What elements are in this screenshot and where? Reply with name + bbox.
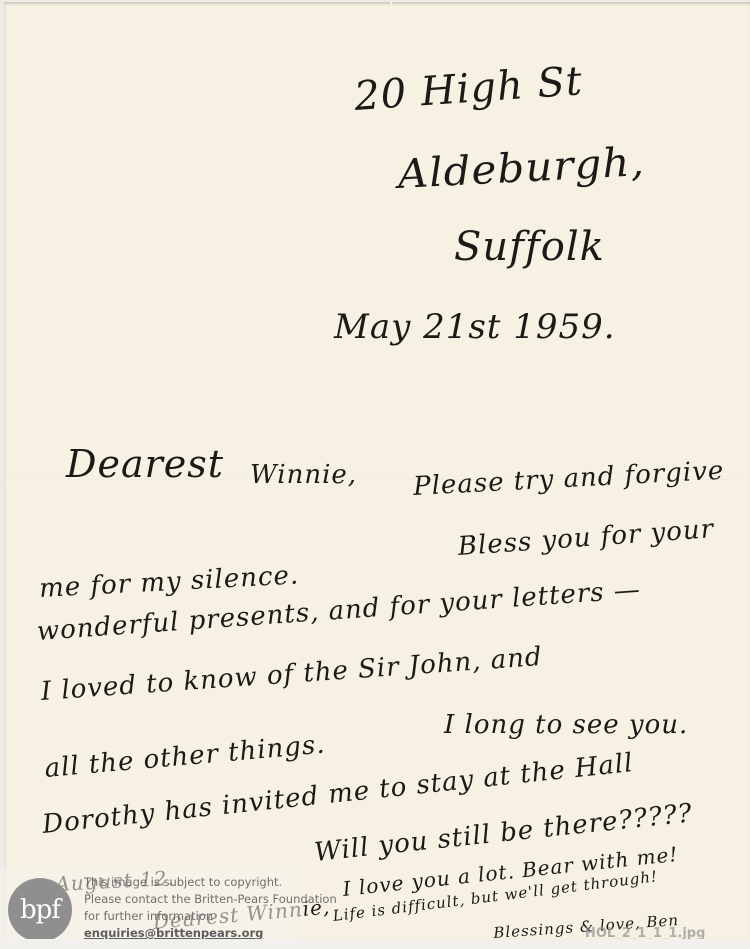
address-line-2: Aldeburgh, (397, 139, 646, 198)
salutation-name: Winnie, (250, 460, 357, 490)
letter-line-2b: Bless you for your (457, 514, 715, 562)
letter-page: 20 High St Aldeburgh, Suffolk May 21st 1… (4, 2, 750, 939)
salutation-dearest: Dearest (66, 442, 224, 486)
copyright-line-1: This image is subject to copyright. (84, 874, 337, 891)
bpf-logo: bpf (8, 878, 72, 942)
address-date: May 21st 1959. (334, 307, 616, 347)
letter-line-5a: all the other things. (43, 730, 326, 784)
letter-line-2a: me for my silence. (38, 560, 299, 604)
letter-line-5b: I long to see you. (444, 710, 688, 740)
copyright-notice: This image is subject to copyright. Plea… (84, 874, 337, 942)
copyright-line-2: Please contact the Britten-Pears Foundat… (84, 891, 337, 908)
letter-line-4: I loved to know of the Sir John, and (40, 642, 544, 707)
address-line-1: 20 High St (353, 58, 585, 120)
copyright-line-3: for further information (84, 908, 337, 925)
address-line-3: Suffolk (454, 224, 605, 270)
bpf-logo-text: bpf (20, 895, 60, 925)
scan-border (0, 939, 750, 949)
letter-line-1: Please try and forgive (412, 456, 725, 502)
